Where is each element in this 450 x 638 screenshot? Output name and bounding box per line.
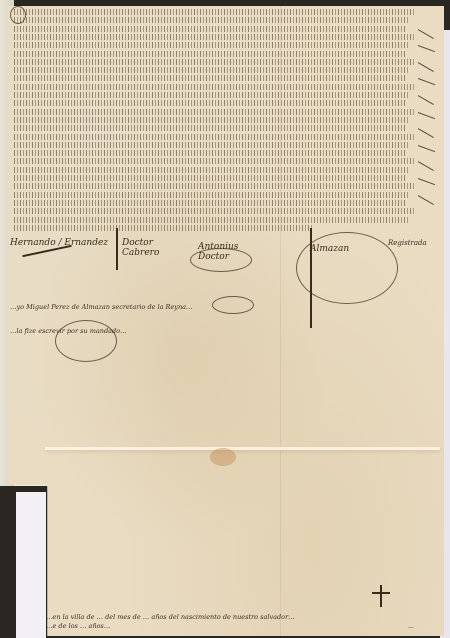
text-line xyxy=(14,16,410,24)
initial-letter-flourish xyxy=(10,6,26,24)
ink-texture xyxy=(14,217,410,223)
text-line xyxy=(14,66,410,74)
fold-crease-horizontal xyxy=(45,447,440,450)
mount-card xyxy=(16,492,46,638)
signature-stroke xyxy=(116,228,118,270)
text-line xyxy=(14,25,406,33)
ink-texture xyxy=(14,225,314,231)
text-line xyxy=(14,74,406,82)
ink-texture xyxy=(14,75,406,81)
ink-texture xyxy=(14,100,406,106)
text-line xyxy=(14,41,410,49)
text-line xyxy=(14,224,314,232)
ink-texture xyxy=(14,9,414,15)
secretary-rubric xyxy=(55,320,117,362)
ink-texture xyxy=(14,167,410,173)
rubric-mark xyxy=(212,296,254,314)
ink-texture xyxy=(14,134,414,140)
bottom-note-line-2: …e de los … años… xyxy=(46,622,110,630)
rubric-stroke xyxy=(380,585,382,607)
text-line xyxy=(14,133,414,141)
ink-texture xyxy=(14,158,414,164)
ink-texture xyxy=(14,92,410,98)
bottom-note-line-1: …en la villa de … del mes de … años del … xyxy=(46,613,426,621)
ink-texture xyxy=(14,192,410,198)
text-line xyxy=(14,50,406,58)
ink-texture xyxy=(14,42,410,48)
ink-texture xyxy=(14,26,406,32)
text-line xyxy=(14,199,406,207)
ink-texture xyxy=(14,150,406,156)
text-line xyxy=(14,124,406,132)
text-line xyxy=(14,99,406,107)
text-line xyxy=(14,33,414,41)
text-line xyxy=(14,174,406,182)
signature-stroke xyxy=(310,228,312,328)
text-line xyxy=(14,8,414,16)
text-line xyxy=(14,91,410,99)
ink-texture xyxy=(14,175,406,181)
text-line xyxy=(14,83,414,91)
text-line xyxy=(14,182,414,190)
signature-registrada: Registrada xyxy=(388,238,428,248)
text-line xyxy=(14,58,414,66)
ink-texture xyxy=(14,51,406,57)
ink-texture xyxy=(14,200,406,206)
rubric-stroke xyxy=(372,592,390,594)
text-line xyxy=(14,216,410,224)
ink-texture xyxy=(14,183,414,189)
ink-texture xyxy=(14,208,414,214)
text-line xyxy=(14,149,406,157)
ink-texture xyxy=(14,84,414,90)
ink-texture xyxy=(14,34,414,40)
text-line xyxy=(14,207,414,215)
ink-texture xyxy=(14,125,406,131)
signature-doctor-cabrero: Doctor Cabrero xyxy=(122,238,172,258)
corner-mark: … xyxy=(408,622,414,632)
text-line xyxy=(14,116,410,124)
text-line xyxy=(14,108,414,116)
text-line xyxy=(14,166,410,174)
signature-loop xyxy=(190,248,252,272)
ink-texture xyxy=(14,17,410,23)
text-line xyxy=(14,157,414,165)
text-line xyxy=(14,141,410,149)
ink-texture xyxy=(14,142,410,148)
ink-texture xyxy=(14,117,410,123)
ink-texture xyxy=(14,67,410,73)
text-line xyxy=(14,191,410,199)
ink-texture xyxy=(14,59,414,65)
ink-texture xyxy=(14,109,414,115)
water-stain xyxy=(210,448,236,466)
